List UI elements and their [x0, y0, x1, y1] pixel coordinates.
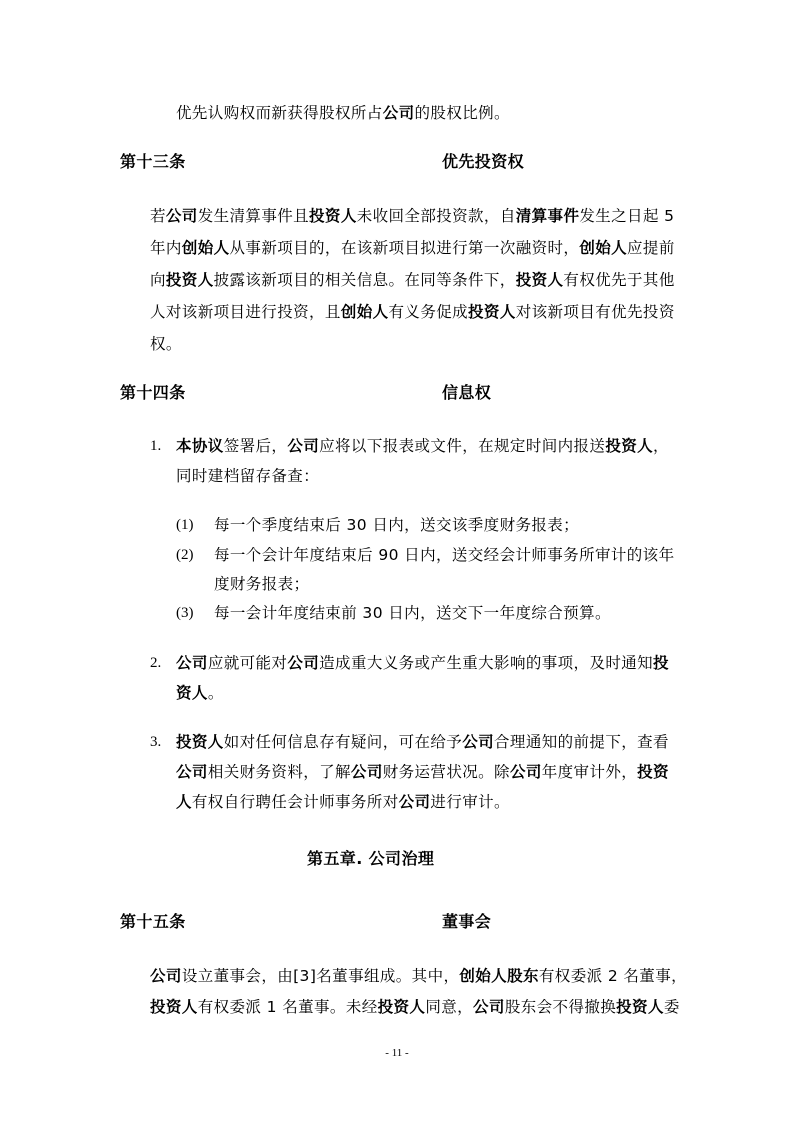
- defined-term: 公司: [166, 207, 198, 225]
- defined-term: 公司: [176, 654, 208, 672]
- article-14-title: 信息权: [442, 383, 491, 403]
- defined-term: 清算事件: [516, 207, 580, 225]
- article-15-number: 第十五条: [120, 912, 186, 932]
- defined-term: 投资人: [309, 207, 357, 225]
- defined-term: 投资人: [176, 733, 224, 751]
- defined-term: 公司: [150, 967, 182, 985]
- defined-term: 公司: [510, 763, 542, 781]
- defined-term: 创始人: [579, 239, 627, 257]
- list-marker: 1.: [150, 436, 161, 456]
- article-13-title: 优先投资权: [442, 152, 524, 172]
- defined-term: 投资人: [516, 271, 564, 289]
- defined-term: 投资人: [605, 437, 653, 455]
- defined-term: 公司: [383, 104, 415, 122]
- defined-term: 公司: [287, 437, 319, 455]
- chapter-5-title: 第五章. 公司治理: [307, 849, 434, 869]
- defined-term: 公司: [462, 733, 494, 751]
- defined-term: 投资人: [468, 303, 516, 321]
- defined-term: 人: [176, 793, 192, 811]
- defined-term: 公司: [287, 654, 319, 672]
- defined-term: 投资人: [378, 998, 426, 1016]
- defined-term: 公司: [176, 763, 208, 781]
- defined-term: 创始人股东: [459, 967, 539, 985]
- defined-term: 本协议: [176, 437, 224, 455]
- defined-term: 投资人: [150, 998, 198, 1016]
- defined-term: 投资人: [166, 271, 214, 289]
- article-15-title: 董事会: [442, 912, 491, 932]
- defined-term: 创始人: [182, 239, 230, 257]
- defined-term: 公司: [473, 998, 505, 1016]
- page-number: - 11 -: [0, 1047, 794, 1059]
- defined-term: 投资人: [616, 998, 664, 1016]
- defined-term: 创始人: [341, 303, 389, 321]
- article-14-number: 第十四条: [120, 383, 186, 403]
- defined-term: 投: [653, 654, 669, 672]
- defined-term: 资人: [176, 684, 208, 702]
- defined-term: 投资: [637, 763, 669, 781]
- defined-term: 公司: [399, 793, 431, 811]
- article-13-number: 第十三条: [120, 152, 186, 172]
- carryover-paragraph: 优先认购权而新获得股权所占公司的股权比例。: [176, 103, 510, 123]
- defined-term: 公司: [351, 763, 383, 781]
